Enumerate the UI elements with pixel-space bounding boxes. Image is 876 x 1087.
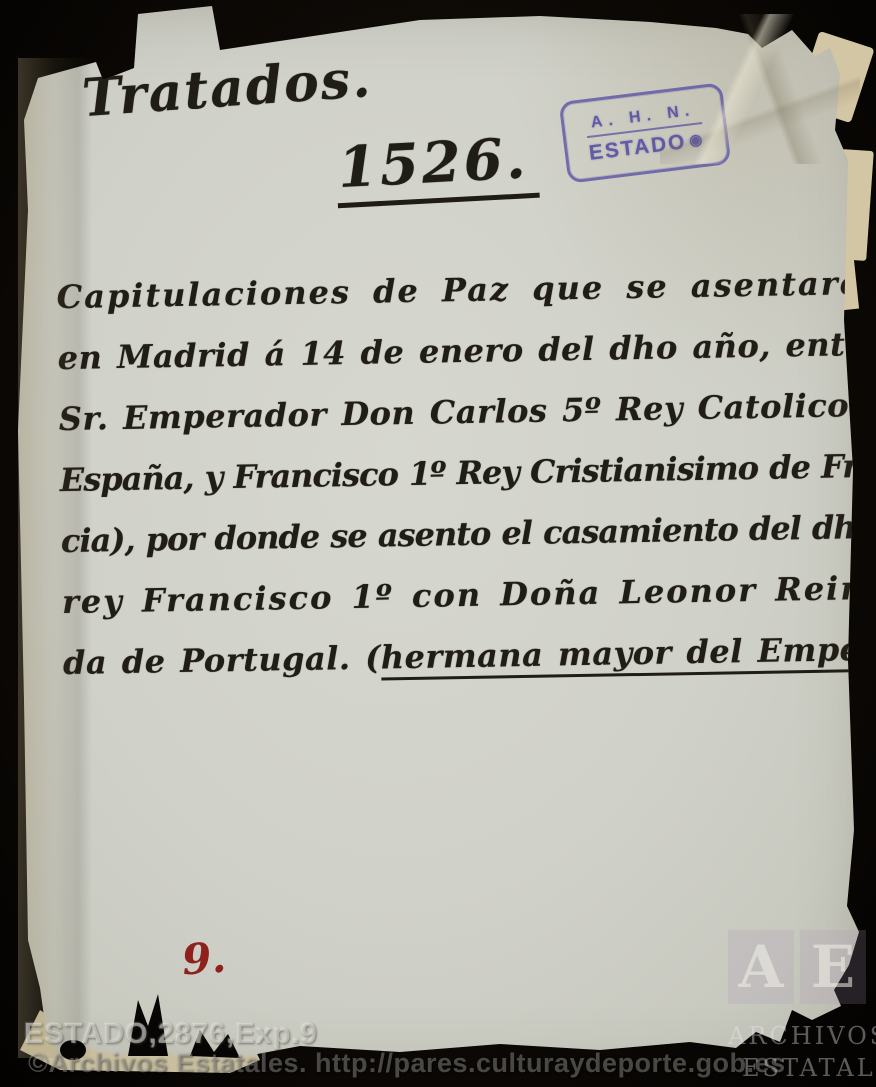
folio-number: 9. xyxy=(180,933,227,985)
document-scan: Tratados. 1526. Capitulaciones de Paz qu… xyxy=(0,0,876,1087)
logo-text-archivos: ARCHIVOS xyxy=(728,1022,876,1050)
stamp-seal-icon: ◉ xyxy=(688,132,705,149)
manuscript-body: Capitulaciones de Paz que se asentaron e… xyxy=(56,262,876,705)
year-heading: 1526. xyxy=(334,125,540,208)
watermark-reference-code: ESTADO,2876,Exp.9 xyxy=(24,1018,318,1051)
body-line-7-start: da de Portugal. ( xyxy=(63,639,381,683)
section-heading: Tratados. xyxy=(80,48,374,129)
watermark-credit-line: ©Archivos Estatales. http://pares.cultur… xyxy=(28,1048,786,1079)
archivos-estatales-logo-watermark: A E ARCHIVOS ESTATALES xyxy=(728,930,876,1082)
logo-letter-a: A xyxy=(728,930,794,1004)
logo-text-estatales: ESTATALES xyxy=(742,1054,876,1082)
logo-letter-squares: A E xyxy=(728,930,876,1004)
manuscript-page: Tratados. 1526. Capitulaciones de Paz qu… xyxy=(0,0,876,1087)
logo-letter-e: E xyxy=(800,930,866,1004)
